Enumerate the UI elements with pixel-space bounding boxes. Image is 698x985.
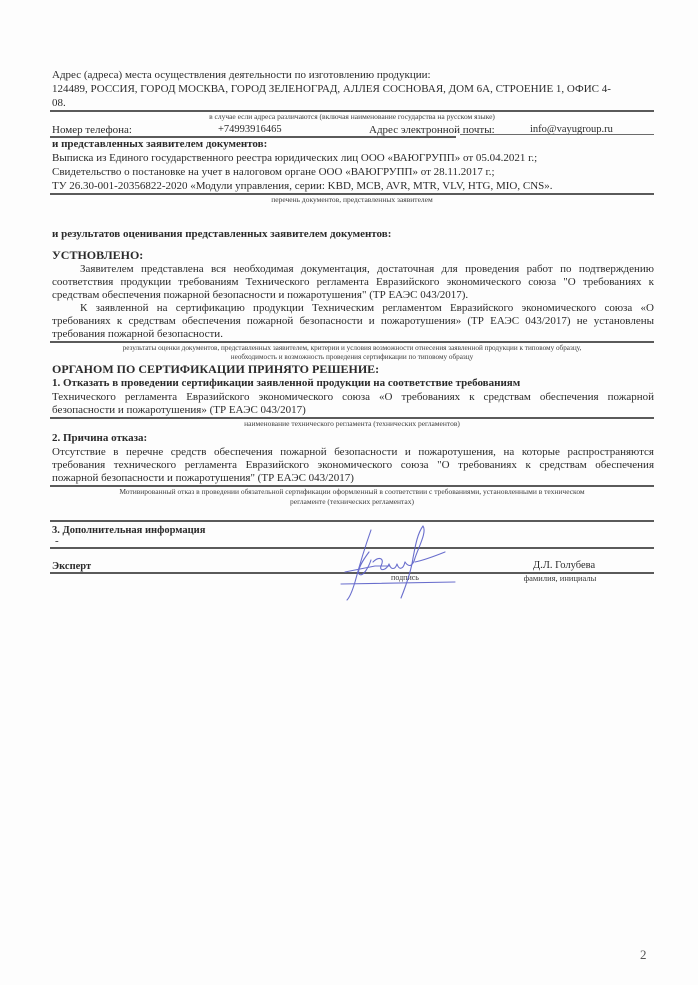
evaluation-paragraph-1-line: соответствия продукции требованиям Техни… [52, 276, 654, 289]
decision-item-2-caption-line-2: регламенте (технических регламентах) [50, 497, 654, 507]
document-item: Свидетельство о постановке на учет в нал… [52, 166, 495, 179]
decision-item-1-text-line: Технического регламента Евразийского эко… [52, 391, 654, 404]
evaluation-heading: и результатов оценивания представленных … [52, 228, 391, 241]
document-item: Выписка из Единого государственного реес… [52, 152, 537, 165]
decision-item-2-title: 2. Причина отказа: [52, 432, 147, 445]
decision-item-3-title: 3. Дополнительная информация [52, 524, 205, 537]
address-line-2: 08. [52, 97, 66, 110]
decision-item-1-caption: наименование технического регламента (те… [50, 419, 654, 429]
document-item: ТУ 26.30-001-20356822-2020 «Модули управ… [52, 180, 553, 193]
phone-value: +74993916465 [218, 123, 282, 136]
decision-item-2-text-line: пожарной безопасности и пожаротушения" (… [52, 472, 354, 485]
decision-item-2-text-line: требования технического регламента Евраз… [52, 459, 654, 472]
evaluation-caption-line-2: необходимость и возможность проведения с… [50, 352, 654, 362]
evaluation-paragraph-1-line: Заявителем представлена вся необходимая … [80, 263, 654, 276]
decision-item-1-text-line: безопасности и пожаротушения» (ТР ЕАЭС 0… [52, 404, 306, 417]
address-caption: в случае если адреса различаются (включа… [50, 112, 654, 122]
established-title: УСТНОВЛЕНО: [52, 249, 143, 262]
evaluation-paragraph-2-line: требованиях к средствам обеспечения пожа… [52, 315, 654, 328]
documents-heading: и представленных заявителем документов: [52, 138, 267, 151]
evaluation-paragraph-1-line: средствам обеспечения пожарной безопасно… [52, 289, 468, 302]
decision-item-2-caption-line-1: Мотивированный отказ в проведении обязат… [50, 487, 654, 497]
divider [460, 134, 654, 135]
address-line-1: 124489, РОССИЯ, ГОРОД МОСКВА, ГОРОД ЗЕЛЕ… [52, 83, 611, 96]
address-label: Адрес (адреса) места осуществления деяте… [52, 69, 431, 82]
name-caption: фамилия, инициалы [510, 573, 610, 583]
document-page: Адрес (адреса) места осуществления деяте… [0, 0, 698, 985]
documents-caption: перечень документов, представленных заяв… [50, 195, 654, 205]
decision-item-1-title: 1. Отказать в проведении сертификации за… [52, 377, 520, 390]
evaluation-paragraph-2-line: требования пожарной безопасности. [52, 328, 223, 341]
decision-item-2-text-line: Отсутствие в перечне средств обеспечения… [52, 446, 654, 459]
expert-name: Д.Л. Голубева [533, 559, 595, 572]
decision-title: ОРГАНОМ ПО СЕРТИФИКАЦИИ ПРИНЯТО РЕШЕНИЕ: [52, 363, 379, 376]
handwritten-signature-icon [335, 522, 465, 602]
page-number: 2 [640, 947, 647, 963]
evaluation-paragraph-2-line: К заявленной на сертификацию продукции Т… [80, 302, 654, 315]
